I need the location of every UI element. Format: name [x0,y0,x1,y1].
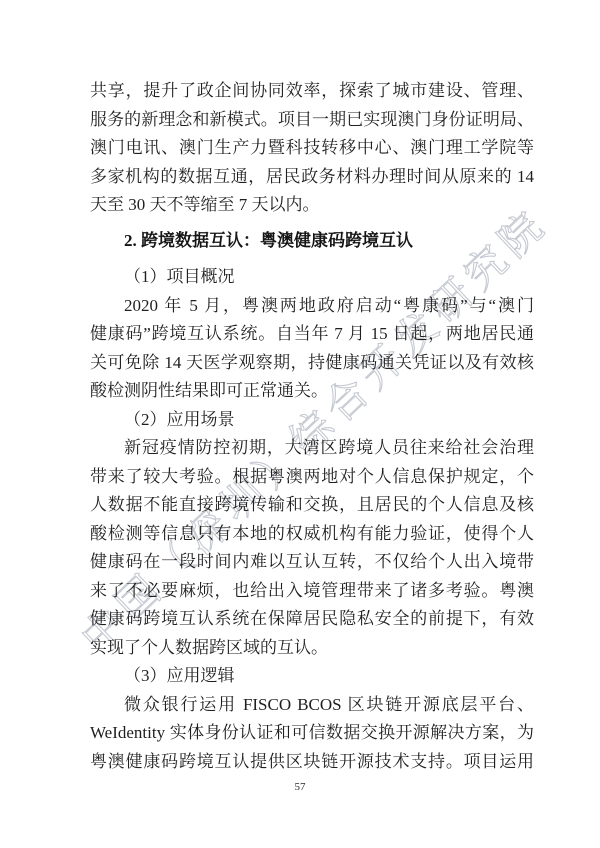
body-text-line: 天至 30 天不等缩至 7 天以内。 [90,191,534,220]
body-text-line: 健康码在一段时间内难以互认互转，不仅给个人出入境带 [90,548,534,577]
body-text-line: 健康码”跨境互认系统。自当年 7 月 15 日起，两地居民通 [90,320,534,349]
body-text-line: 实现了个人数据跨区域的互认。 [90,634,534,663]
body-text-line: 共享，提升了政企间协同效率，探索了城市建设、管理、 [90,77,534,106]
body-text-line: WeIdentity 实体身份认证和可信数据交换开源解决方案，为 [90,719,534,748]
body-text-line: 酸检测阴性结果即可正常通关。 [90,377,534,406]
page-number: 57 [0,781,600,793]
body-text-line: 多家机构的数据互通，居民政务材料办理时间从原来的 14 [90,163,534,192]
body-text-line: 微众银行运用 FISCO BCOS 区块链开源底层平台、 [90,691,534,720]
body-text-line: 2020 年 5 月，粤澳两地政府启动“粤康码”与“澳门 [90,292,534,321]
subsection-heading: （3）应用逻辑 [90,662,534,691]
body-text-line: 关可免除 14 天医学观察期，持健康码通关凭证以及有效核 [90,349,534,378]
body-text-line: 服务的新理念和新模式。项目一期已实现澳门身份证明局、 [90,106,534,135]
document-page: 中国（深圳）综合开发研究院 共享，提升了政企间协同效率，探索了城市建设、管理、服… [0,0,600,848]
body-text-line: 新冠疫情防控初期，大湾区跨境人员往来给社会治理 [90,434,534,463]
subsection-heading: （2）应用场景 [90,406,534,435]
body-text-line: 来了不必要麻烦，也给出入境管理带来了诸多考验。粤澳 [90,577,534,606]
subsection-heading: （1）项目概况 [90,263,534,292]
body-text-line: 健康码跨境互认系统在保障居民隐私安全的前提下，有效 [90,605,534,634]
body-text-line: 带来了较大考验。根据粤澳两地对个人信息保护规定，个 [90,463,534,492]
body-text-line: 澳门电讯、澳门生产力暨科技转移中心、澳门理工学院等 [90,134,534,163]
document-body: 共享，提升了政企间协同效率，探索了城市建设、管理、服务的新理念和新模式。项目一期… [90,77,534,776]
body-text-line: 酸检测等信息只有本地的权威机构有能力验证，使得个人 [90,520,534,549]
body-text-line: 人数据不能直接跨境传输和交换，且居民的个人信息及核 [90,491,534,520]
body-text-line: 粤澳健康码跨境互认提供区块链开源技术支持。项目运用 [90,748,534,777]
section-heading: 2. 跨境数据互认：粤澳健康码跨境互认 [90,227,534,256]
